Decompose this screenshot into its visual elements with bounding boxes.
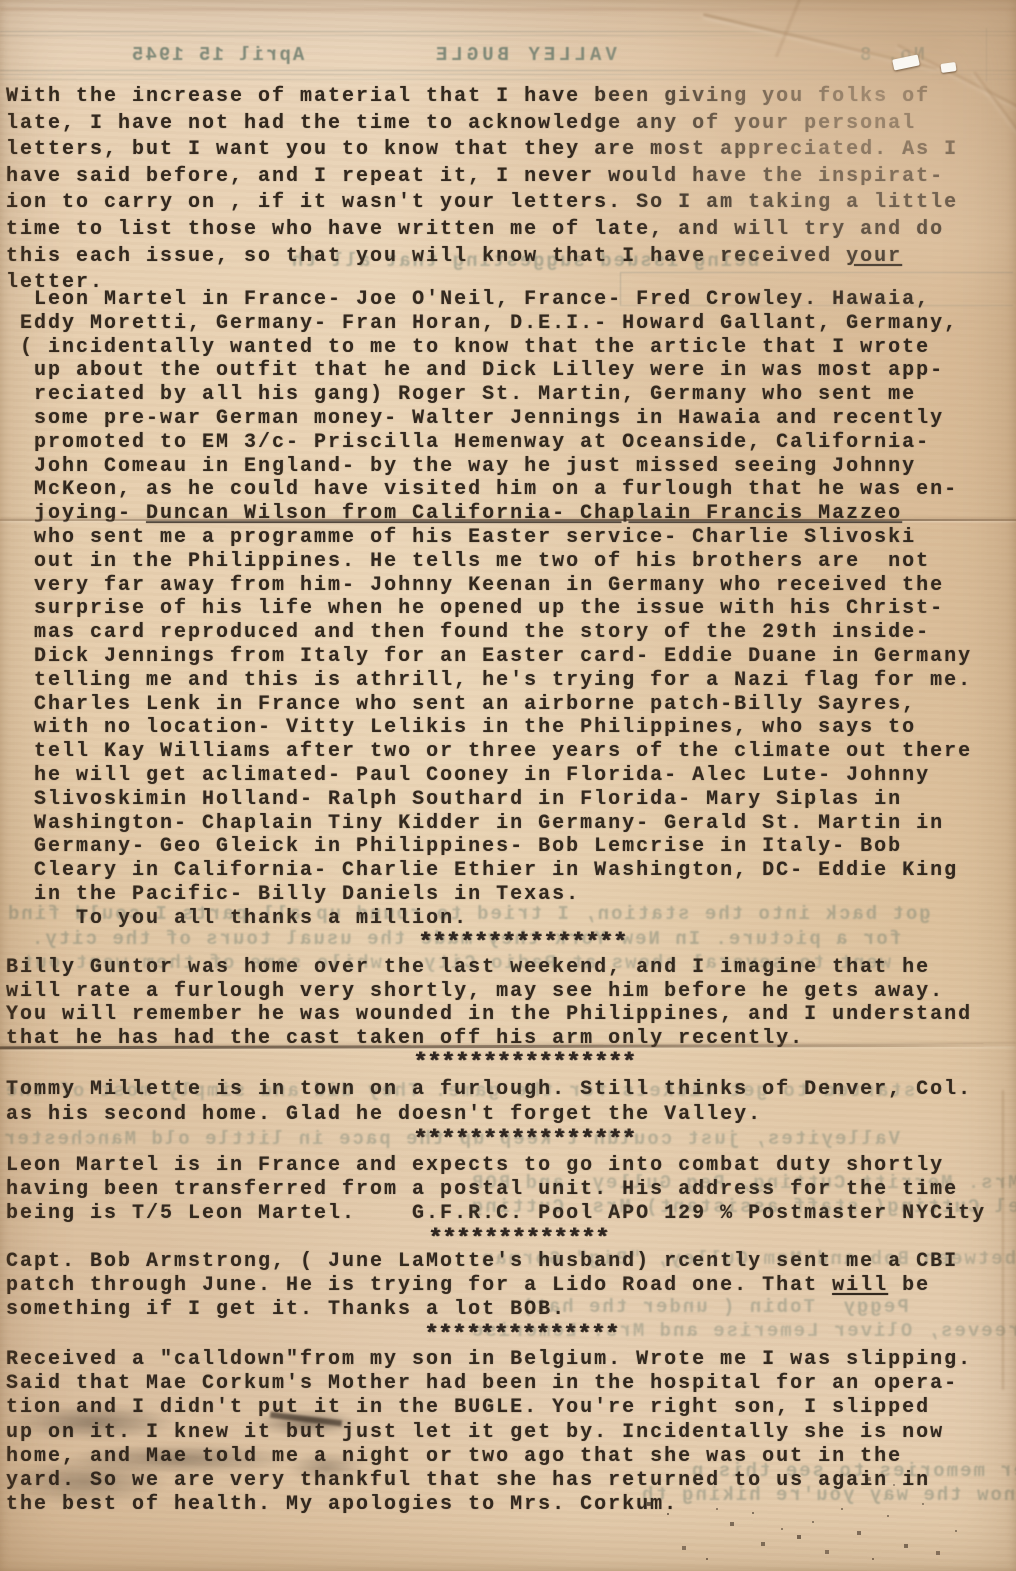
- underlined-word-will: will: [832, 1274, 888, 1297]
- correspondents-list-text-end: who sent me a programme of his Easter se…: [6, 526, 972, 930]
- bleedthrough-issue: No. 8: [858, 44, 925, 66]
- ink-speckles: [0, 0, 2, 2]
- header-rule: [0, 35, 1016, 36]
- underlined-word-your: your: [846, 245, 902, 268]
- correspondents-list-text: Leon Martel in France- Joe O'Neil, Franc…: [6, 288, 958, 525]
- crease-line-right-edge: [1002, 1090, 1004, 1390]
- scanned-newsletter-page: April 15 1945 VALLEY BUGLE No. 8 being i…: [0, 0, 1016, 1571]
- header-rule-vertical: [986, 28, 987, 82]
- paragraph-intro-text: With the increase of material that I hav…: [6, 85, 958, 268]
- header-rule: [0, 31, 1016, 32]
- asterisk-separator-1: ***************: [418, 930, 627, 957]
- asterisk-separator-5: **************: [424, 1322, 619, 1349]
- asterisk-separator-3: ****************: [413, 1127, 635, 1154]
- header-rule: [0, 74, 1016, 75]
- underlined-duncan-wilson-phrase: Duncan Wilson from California- Chaplain …: [146, 502, 902, 525]
- paragraph-billy-guntor: Billy Guntor was home over the last week…: [6, 956, 1010, 1051]
- paragraph-tommy-millette: Tommy Millette is in town on a furlough.…: [6, 1078, 1010, 1127]
- asterisk-separator-4: *************: [428, 1226, 609, 1253]
- correspondents-list: Leon Martel in France- Joe O'Neil, Franc…: [6, 288, 1010, 931]
- crease-line-corner: [775, 0, 811, 58]
- paragraph-bob-armstrong: Capt. Bob Armstrong, ( June LaMotte's hu…: [6, 1250, 1010, 1322]
- paragraph-bob-armstrong-text: Capt. Bob Armstrong, ( June LaMotte's hu…: [6, 1250, 958, 1297]
- crease-line-top: [0, 8, 1016, 11]
- header-rule: [0, 70, 1016, 71]
- paragraph-calldown: Received a "calldown"from my son in Belg…: [6, 1348, 1010, 1517]
- paragraph-intro: With the increase of material that I hav…: [6, 84, 1010, 297]
- bleedthrough-title: VALLEY BUGLE: [432, 44, 617, 66]
- bleedthrough-date: April 15 1945: [130, 44, 304, 66]
- paragraph-leon-martel-address: Leon Martel is in France and expects to …: [6, 1154, 1010, 1226]
- asterisk-separator-2: ****************: [413, 1050, 635, 1077]
- torn-spot: [940, 62, 956, 73]
- header-rule: [0, 79, 1016, 80]
